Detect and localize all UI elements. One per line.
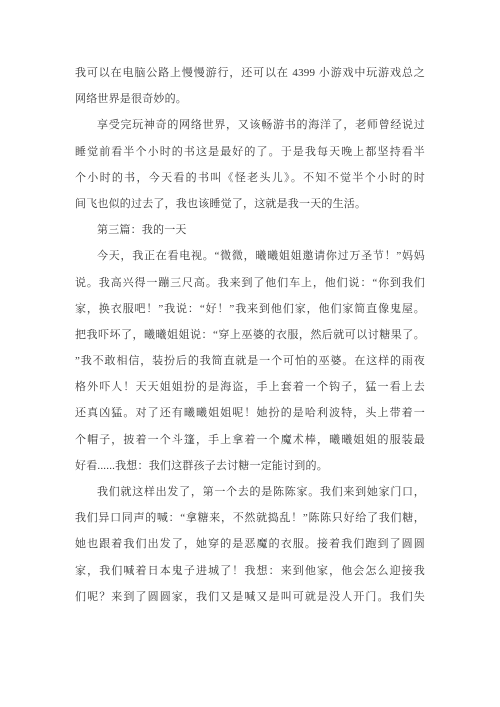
text-line-12: ”我不敢相信，装扮后的我简直就是一个可怕的巫婆。在这样的雨夜 xyxy=(75,348,425,374)
document-page: 我可以在电脑公路上慢慢游行，还可以在 4399 小游戏中玩游戏总之 网络世界是很… xyxy=(0,0,500,707)
text-line-6: 间飞也似的过去了，我也该睡觉了，这就是我一天的生活。 xyxy=(75,191,425,217)
text-line-11: 把我吓坏了，曦曦姐姐说：“穿上巫婆的衣服，然后就可以讨糖果了。 xyxy=(75,322,425,348)
text-line-3: 享受完玩神奇的网络世界，又该畅游书的海洋了，老师曾经说过 xyxy=(75,112,425,138)
text-line-18: 我们异口同声的喊：“拿糖来，不然就捣乱！”陈陈只好给了我们糖， xyxy=(75,505,425,531)
text-line-4: 睡觉前看半个小时的书这是最好的了。于是我每天晚上都坚持看半 xyxy=(75,139,425,165)
text-line-19: 她也跟着我们出发了，她穿的是恶魔的衣服。接着我们跑到了圆圆 xyxy=(75,531,425,557)
text-line-2: 网络世界是很奇妙的。 xyxy=(75,86,425,112)
text-line-13: 格外吓人！天天姐姐扮的是海盗，手上套着一个钩子，猛一看上去 xyxy=(75,374,425,400)
essay-text-block: 我可以在电脑公路上慢慢游行，还可以在 4399 小游戏中玩游戏总之 网络世界是很… xyxy=(75,60,425,610)
text-line-21: 们呢？来到了圆圆家，我们又是喊又是叫可就是没人开门。我们失 xyxy=(75,584,425,610)
text-line-8: 今天，我正在看电视。“微微，曦曦姐姐邀请你过万圣节！”妈妈 xyxy=(75,243,425,269)
text-line-17: 我们就这样出发了，第一个去的是陈陈家。我们来到她家门口， xyxy=(75,479,425,505)
text-line-10: 家，换衣服吧！”我说：“好！”我来到他们家，他们家简直像鬼屋。 xyxy=(75,296,425,322)
text-line-15: 个帽子，披着一个斗篷，手上拿着一个魔术棒，曦曦姐姐的服装最 xyxy=(75,427,425,453)
text-line-1: 我可以在电脑公路上慢慢游行，还可以在 4399 小游戏中玩游戏总之 xyxy=(75,60,425,86)
text-line-16: 好看......我想：我们这群孩子去讨糖一定能讨到的。 xyxy=(75,453,425,479)
text-line-14: 还真凶猛。对了还有曦曦姐姐呢！她扮的是哈利波特，头上带着一 xyxy=(75,400,425,426)
section-title-line: 第三篇：我的一天 xyxy=(75,217,425,243)
text-line-5: 个小时的书，今天看的书叫《怪老头儿》。不知不觉半个小时的时 xyxy=(75,165,425,191)
text-line-20: 家，我们喊着日本鬼子进城了！我想：来到他家，他会怎么迎接我 xyxy=(75,558,425,584)
text-line-9: 说。我高兴得一蹦三尺高。我来到了他们车上，他们说：“你到我们 xyxy=(75,270,425,296)
